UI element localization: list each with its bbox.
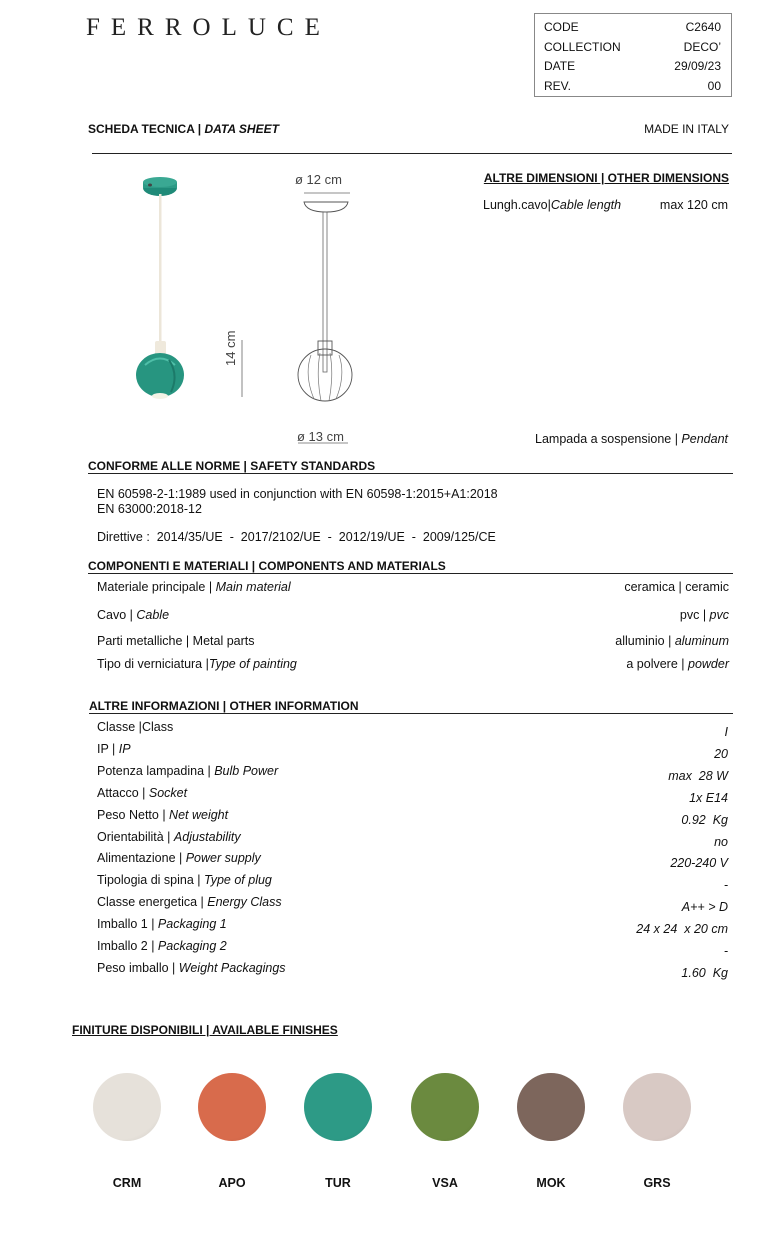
component-value-en: ceramic [685, 580, 729, 594]
info-label-en: Bulb Power [214, 764, 278, 778]
info-label: Peso Netto | Net weight [97, 808, 228, 822]
info-label-en: Socket [149, 786, 187, 800]
safety-standard-1: EN 60598-2-1:1989 used in conjunction wi… [97, 487, 498, 501]
info-label-en: Packaging 1 [158, 917, 227, 931]
cable-length-value: max 120 cm [660, 198, 728, 212]
info-label: IP | IP [97, 742, 131, 756]
info-label: Peso imballo | Weight Packagings [97, 961, 286, 975]
component-value-it: pvc | [680, 608, 710, 622]
finish-swatch-apo[interactable] [198, 1073, 266, 1141]
component-label: Materiale principale | Main material [97, 580, 291, 594]
info-label: Potenza lampadina | Bulb Power [97, 764, 278, 778]
product-info-box: CODEC2640 COLLECTIONDECO’ DATE29/09/23 R… [534, 13, 732, 97]
lamp-type-en: Pendant [681, 432, 728, 446]
component-label-it: Materiale principale | [97, 580, 216, 594]
info-label-en: IP [119, 742, 131, 756]
info-label-en: Packaging 2 [158, 939, 227, 953]
info-label: Tipologia di spina | Type of plug [97, 873, 272, 887]
info-label-it: Orientabilità | [97, 830, 174, 844]
component-value-it: alluminio | [615, 634, 675, 648]
component-label-en: Cable [136, 608, 169, 622]
component-label: Cavo | Cable [97, 608, 169, 622]
sheet-title: SCHEDA TECNICA | DATA SHEET [88, 122, 279, 136]
info-label-it: Imballo 1 | [97, 917, 158, 931]
info-label-en: Adjustability [174, 830, 241, 844]
info-label-en: Net weight [169, 808, 228, 822]
info-label: REV. [544, 77, 571, 97]
info-label-it: Imballo 2 | [97, 939, 158, 953]
component-label: Parti metalliche | Metal parts [97, 634, 255, 648]
info-label-it: Classe energetica | [97, 895, 207, 909]
component-label-it: Parti metalliche | [97, 634, 193, 648]
cable-length-label-en: Cable length [551, 198, 621, 212]
info-value: 1.60 Kg [681, 966, 728, 980]
product-photo [125, 170, 215, 415]
component-value: a polvere | powder [626, 657, 729, 671]
info-label-en: Energy Class [207, 895, 281, 909]
component-label-it: Tipo di verniciatura | [97, 657, 209, 671]
info-label-en: Weight Packagings [179, 961, 286, 975]
info-value: max 28 W [668, 769, 728, 783]
finish-swatch-crm[interactable] [93, 1073, 161, 1141]
finish-label: CRM [87, 1176, 167, 1190]
height-label: 14 cm [223, 331, 238, 366]
finish-swatch-vsa[interactable] [411, 1073, 479, 1141]
info-value: - [724, 944, 728, 958]
info-value: A++ > D [682, 900, 728, 914]
info-label: Attacco | Socket [97, 786, 187, 800]
component-label-en: Metal parts [193, 634, 255, 648]
cable-length-label-it: Lungh.cavo| [483, 198, 551, 212]
component-row: Cavo | Cablepvc | pvc [97, 608, 729, 622]
info-label: COLLECTION [544, 38, 621, 58]
info-label: Imballo 2 | Packaging 2 [97, 939, 227, 953]
info-label: Alimentazione | Power supply [97, 851, 261, 865]
info-value: C2640 [686, 18, 721, 38]
component-value-en: pvc [710, 608, 729, 622]
sheet-title-it: SCHEDA TECNICA | [88, 122, 204, 136]
component-row: Tipo di verniciatura |Type of paintinga … [97, 657, 729, 671]
components-title: COMPONENTI E MATERIALI | COMPONENTS AND … [88, 559, 446, 573]
component-label-it: Cavo | [97, 608, 136, 622]
component-value: pvc | pvc [680, 608, 729, 622]
info-row-rev: REV.00 [544, 77, 721, 97]
component-label-en: Main material [216, 580, 291, 594]
info-label-it: Attacco | [97, 786, 149, 800]
component-row: Parti metalliche | Metal partsalluminio … [97, 634, 729, 648]
info-label-en: Power supply [186, 851, 261, 865]
info-label-en: Type of plug [204, 873, 272, 887]
finish-label: APO [192, 1176, 272, 1190]
safety-title: CONFORME ALLE NORME | SAFETY STANDARDS [88, 459, 375, 473]
info-label-it: Classe | [97, 720, 142, 734]
finish-swatch-tur[interactable] [304, 1073, 372, 1141]
info-value: 220-240 V [670, 856, 728, 870]
info-label-it: IP | [97, 742, 119, 756]
lamp-type-it: Lampada a sospensione | [535, 432, 681, 446]
info-value: 20 [714, 747, 728, 761]
finish-swatch-mok[interactable] [517, 1073, 585, 1141]
info-value: 00 [708, 77, 721, 97]
info-value: 29/09/23 [674, 57, 721, 77]
component-value-it: ceramica | [624, 580, 685, 594]
technical-drawing [226, 185, 386, 445]
info-label-en: Class [142, 720, 173, 734]
info-value: 0.92 Kg [681, 813, 728, 827]
other-info-title: ALTRE INFORMAZIONI | OTHER INFORMATION [89, 699, 359, 713]
finish-label: TUR [298, 1176, 378, 1190]
divider [89, 713, 733, 714]
safety-standard-2: EN 63000:2018-12 [97, 502, 202, 516]
component-value-en: powder [688, 657, 729, 671]
info-label: Imballo 1 | Packaging 1 [97, 917, 227, 931]
finish-label: VSA [405, 1176, 485, 1190]
lamp-type: Lampada a sospensione | Pendant [535, 432, 728, 446]
info-label: CODE [544, 18, 579, 38]
divider [88, 473, 733, 474]
sheet-title-en: DATA SHEET [204, 122, 278, 136]
info-label: DATE [544, 57, 575, 77]
finish-label: GRS [617, 1176, 697, 1190]
made-in-label: MADE IN ITALY [644, 122, 729, 136]
info-label-it: Tipologia di spina | [97, 873, 204, 887]
divider [88, 573, 733, 574]
bottom-diameter-label: ø 13 cm [297, 429, 344, 444]
info-value: DECO’ [684, 38, 721, 58]
info-label-it: Peso imballo | [97, 961, 179, 975]
info-row-code: CODEC2640 [544, 18, 721, 38]
cable-length-label: Lungh.cavo|Cable length [483, 198, 621, 212]
info-label-it: Alimentazione | [97, 851, 186, 865]
info-row-date: DATE29/09/23 [544, 57, 721, 77]
info-label: Orientabilità | Adjustability [97, 830, 241, 844]
finishes-title: FINITURE DISPONIBILI | AVAILABLE FINISHE… [72, 1023, 338, 1037]
finish-label: MOK [511, 1176, 591, 1190]
info-label: Classe |Class [97, 720, 173, 734]
info-value: 24 x 24 x 20 cm [636, 922, 728, 936]
info-value: 1x E14 [689, 791, 728, 805]
component-label-en: Type of painting [209, 657, 297, 671]
info-label: Classe energetica | Energy Class [97, 895, 282, 909]
info-label-it: Potenza lampadina | [97, 764, 214, 778]
other-dimensions-title: ALTRE DIMENSIONI | OTHER DIMENSIONS [484, 171, 729, 185]
finish-swatch-grs[interactable] [623, 1073, 691, 1141]
info-value: I [725, 725, 728, 739]
info-label-it: Peso Netto | [97, 808, 169, 822]
component-value-it: a polvere | [626, 657, 688, 671]
component-row: Materiale principale | Main materialcera… [97, 580, 729, 594]
info-value: no [714, 835, 728, 849]
component-value-en: aluminum [675, 634, 729, 648]
divider [92, 153, 732, 154]
component-label: Tipo di verniciatura |Type of painting [97, 657, 297, 671]
info-value: - [724, 878, 728, 892]
component-value: alluminio | aluminum [615, 634, 729, 648]
component-value: ceramica | ceramic [624, 580, 729, 594]
directives: Direttive : 2014/35/UE - 2017/2102/UE - … [97, 530, 496, 544]
info-row-collection: COLLECTIONDECO’ [544, 38, 721, 58]
brand-logo: FERROLUCE [86, 14, 331, 42]
